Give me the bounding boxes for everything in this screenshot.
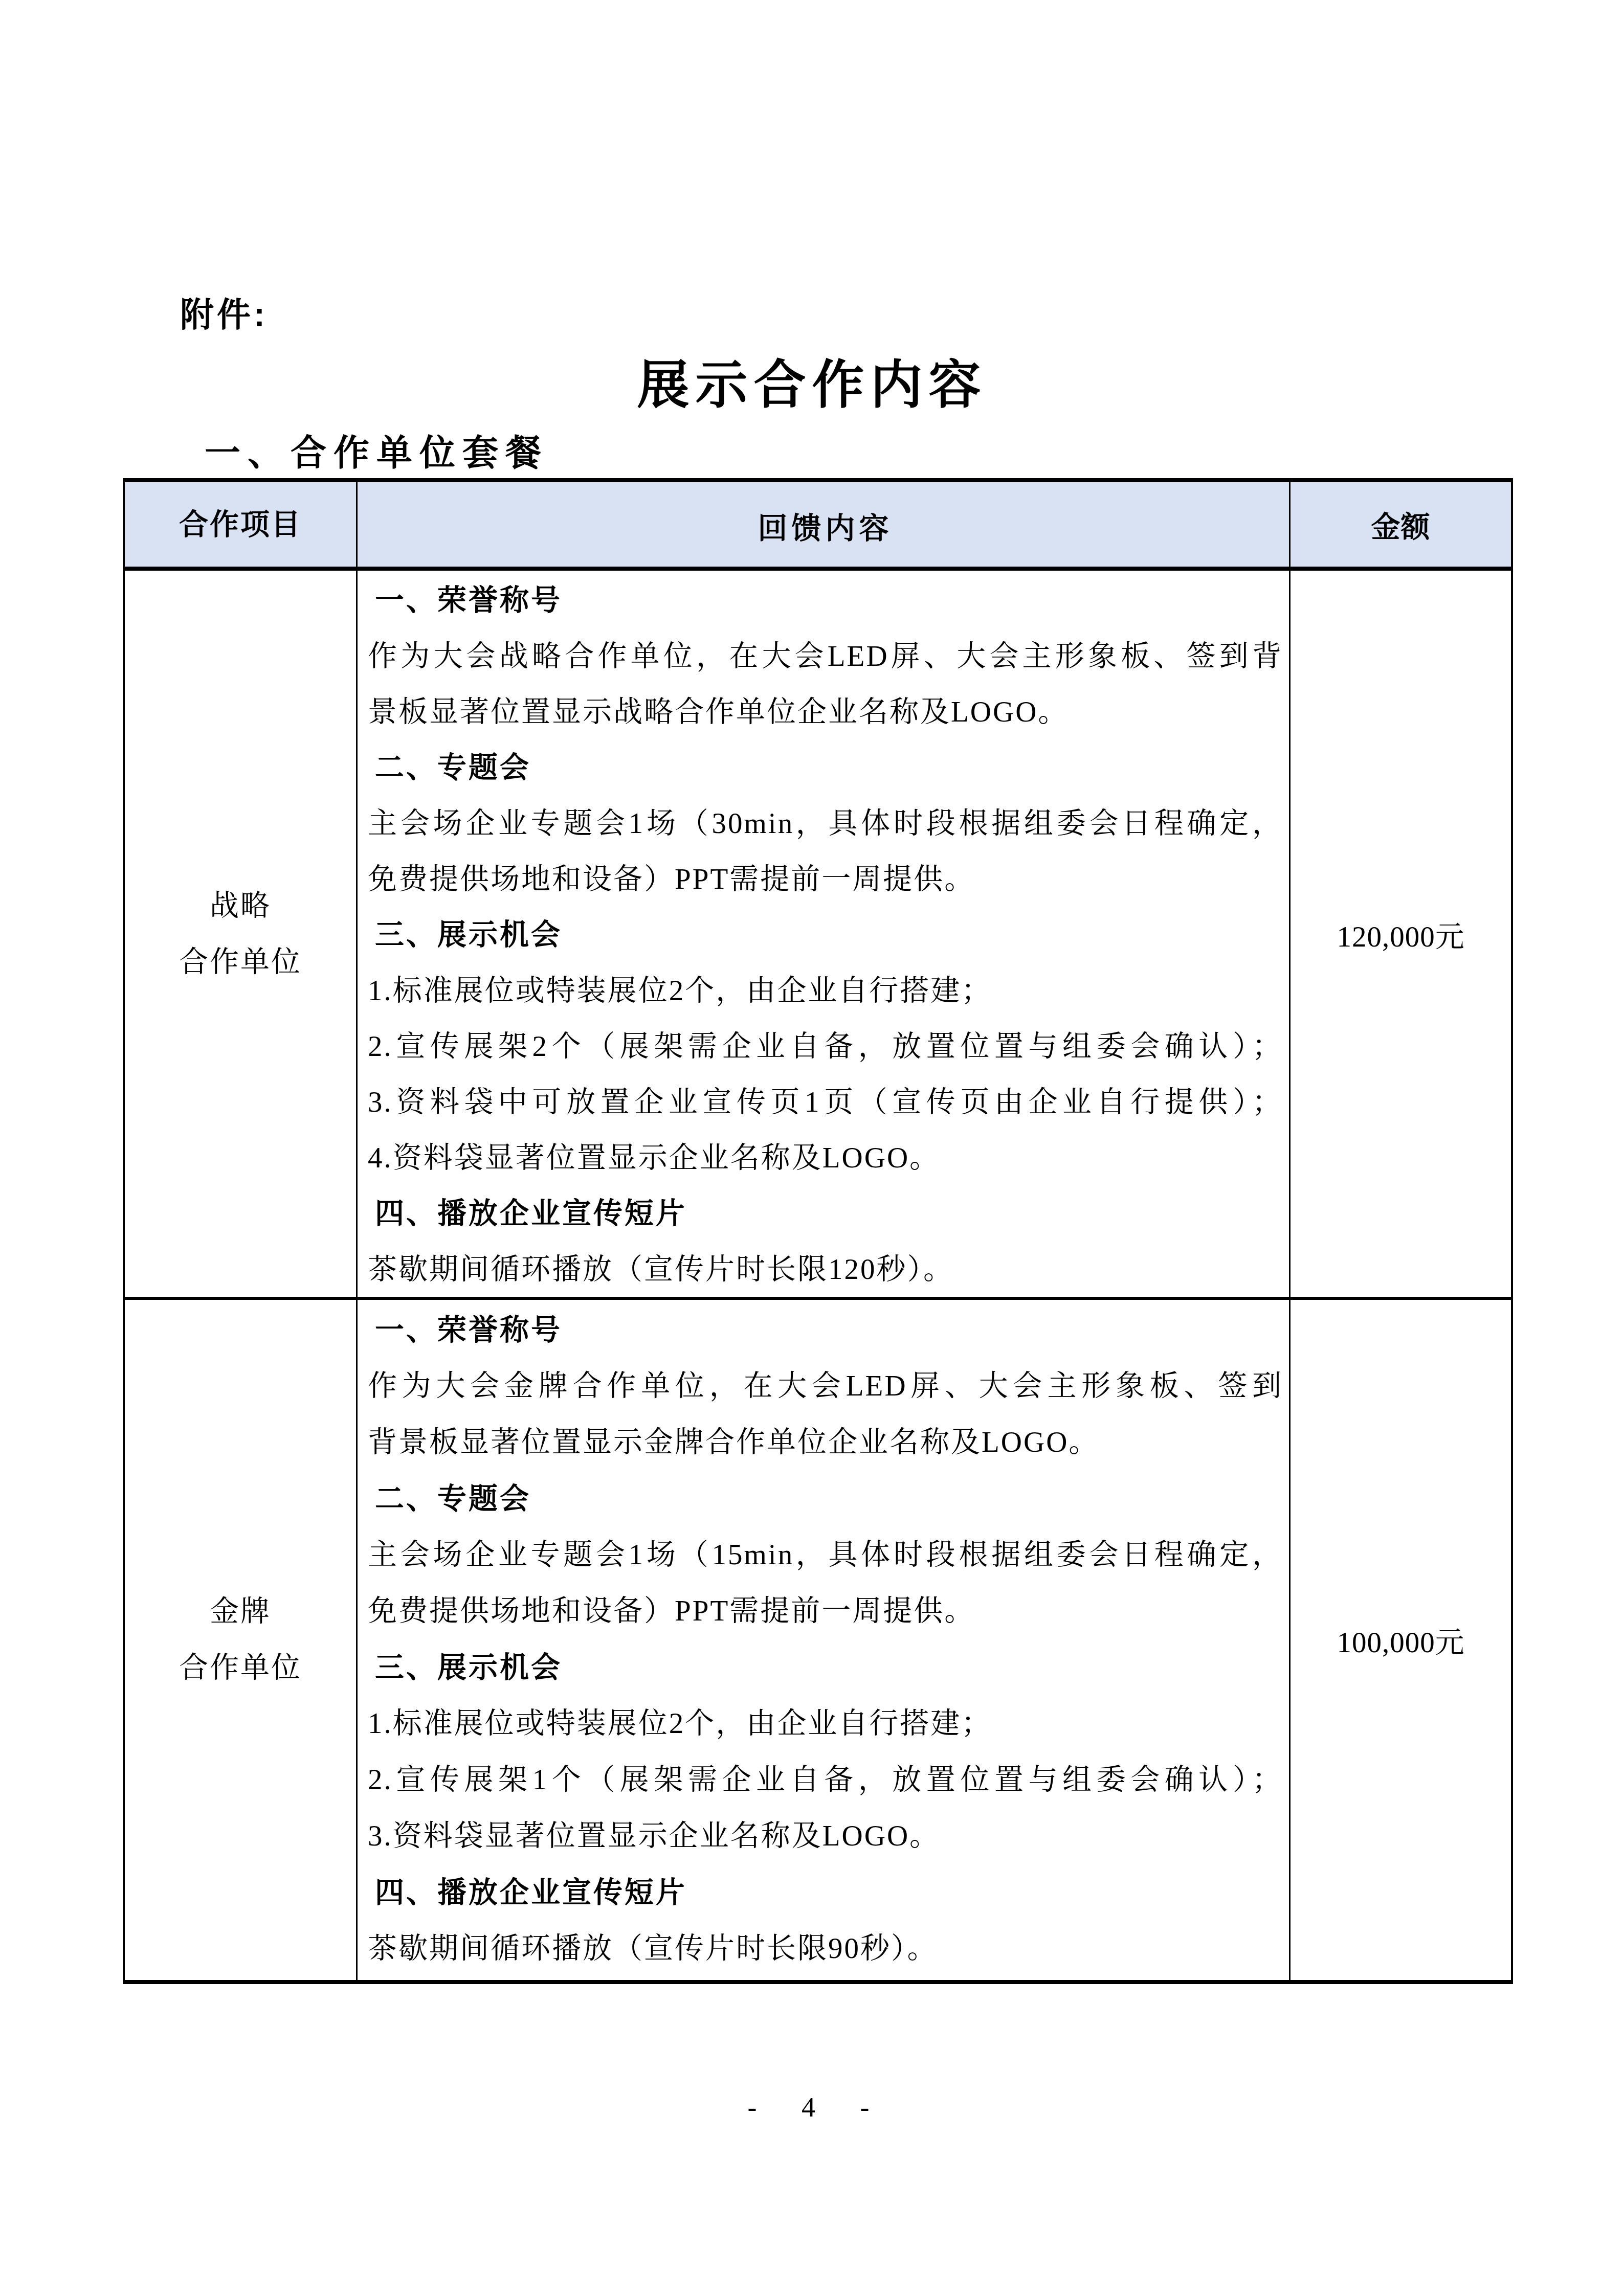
content-subheading: 二、专题会 (368, 1471, 1283, 1527)
content-subheading: 一、荣誉称号 (368, 1302, 1283, 1358)
amount-cell: 120,000元 (1291, 571, 1511, 1297)
content-line: 茶歇期间循环播放（宣传片时长限90秒）。 (368, 1921, 1283, 1977)
content-subheading: 一、荣誉称号 (368, 573, 1283, 628)
column-header-reward-content: 回馈内容 (358, 482, 1291, 567)
column-header-amount: 金额 (1291, 482, 1511, 567)
column-header-project: 合作项目 (125, 482, 358, 567)
project-name-cell: 金牌 合作单位 (125, 1300, 358, 1980)
content-subheading: 三、展示机会 (368, 1639, 1283, 1696)
page-title: 展示合作内容 (0, 344, 1624, 418)
project-name-line: 合作单位 (179, 934, 302, 991)
table-header-row: 合作项目 回馈内容 金额 (125, 482, 1511, 571)
content-line: 免费提供场地和设备）PPT需提前一周提供。 (368, 851, 1283, 907)
content-line: 2.宣传展架1个（展架需企业自备，放置位置与组委会确认）； (368, 1752, 1283, 1808)
content-subheading: 三、展示机会 (368, 907, 1283, 963)
table-row: 战略 合作单位 一、荣誉称号作为大会战略合作单位，在大会LED屏、大会主形象板、… (125, 571, 1511, 1300)
content-line: 主会场企业专题会1场（15min，具体时段根据组委会日程确定， (368, 1527, 1283, 1583)
table-row: 金牌 合作单位 一、荣誉称号作为大会金牌合作单位，在大会LED屏、大会主形象板、… (125, 1300, 1511, 1980)
attachment-label: 附件: (180, 287, 268, 336)
content-line: 免费提供场地和设备）PPT需提前一周提供。 (368, 1583, 1283, 1639)
content-subheading: 四、播放企业宣传短片 (368, 1186, 1283, 1242)
content-line: 3.资料袋中可放置企业宣传页1页（宣传页由企业自行提供）； (368, 1074, 1283, 1130)
document-page: 附件: 展示合作内容 一、合作单位套餐 合作项目 回馈内容 金额 战略 合作单位… (0, 0, 1624, 2296)
project-name-line: 金牌 (210, 1584, 271, 1640)
content-subheading: 二、专题会 (368, 740, 1283, 796)
project-name-line: 战略 (210, 878, 271, 934)
amount-cell: 100,000元 (1291, 1300, 1511, 1980)
project-name-cell: 战略 合作单位 (125, 571, 358, 1297)
content-line: 茶歇期间循环播放（宣传片时长限120秒）。 (368, 1242, 1283, 1297)
content-line: 作为大会战略合作单位，在大会LED屏、大会主形象板、签到背 (368, 628, 1283, 684)
content-line: 1.标准展位或特装展位2个，由企业自行搭建； (368, 963, 1283, 1019)
content-line: 4.资料袋显著位置显示企业名称及LOGO。 (368, 1130, 1283, 1186)
project-name-line: 合作单位 (179, 1640, 302, 1696)
cooperation-package-table: 合作项目 回馈内容 金额 战略 合作单位 一、荣誉称号作为大会战略合作单位，在大… (123, 478, 1513, 1984)
section-heading: 一、合作单位套餐 (205, 424, 548, 476)
content-line: 1.标准展位或特装展位2个，由企业自行搭建； (368, 1696, 1283, 1752)
content-line: 主会场企业专题会1场（30min，具体时段根据组委会日程确定， (368, 796, 1283, 851)
content-line: 作为大会金牌合作单位，在大会LED屏、大会主形象板、签到 (368, 1358, 1283, 1414)
reward-content-cell: 一、荣誉称号作为大会战略合作单位，在大会LED屏、大会主形象板、签到背景板显著位… (358, 571, 1291, 1297)
page-number: - 4 - (0, 2091, 1624, 2123)
reward-content-cell: 一、荣誉称号作为大会金牌合作单位，在大会LED屏、大会主形象板、签到背景板显著位… (358, 1300, 1291, 1980)
content-line: 2.宣传展架2个（展架需企业自备，放置位置与组委会确认）； (368, 1019, 1283, 1074)
content-line: 3.资料袋显著位置显示企业名称及LOGO。 (368, 1808, 1283, 1864)
content-line: 背景板显著位置显示金牌合作单位企业名称及LOGO。 (368, 1414, 1283, 1471)
content-subheading: 四、播放企业宣传短片 (368, 1864, 1283, 1921)
content-line: 景板显著位置显示战略合作单位企业名称及LOGO。 (368, 684, 1283, 740)
